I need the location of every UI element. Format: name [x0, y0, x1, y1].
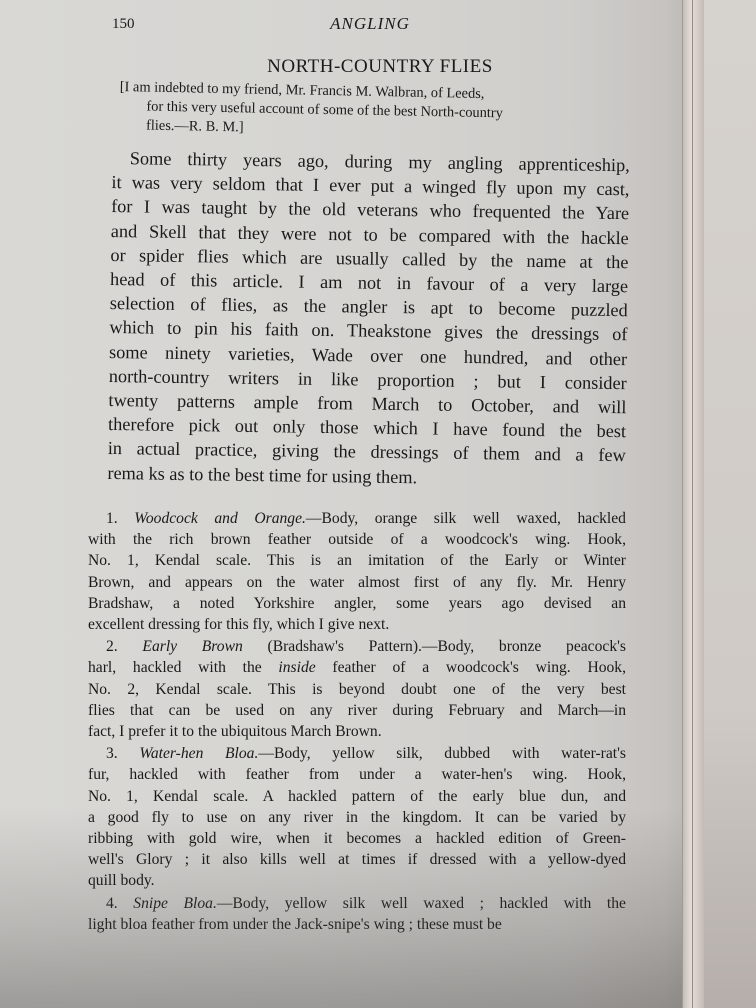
fly-entry-early-brown: 2. Early Brown (Bradshaw's Pattern).—Bod…: [88, 636, 626, 742]
fly-name: Water-hen Bloa.: [139, 745, 258, 762]
entry-number: 3.: [106, 745, 118, 762]
running-title: ANGLING: [110, 14, 630, 34]
entry-line: Brown, and appears on the water almost f…: [88, 572, 626, 593]
entry-line: with the rich brown feather outside of a…: [88, 529, 626, 550]
book-page: 150 ANGLING NORTH-COUNTRY FLIES [I am in…: [0, 0, 680, 1008]
entry-first-line: 4. Snipe Bloa.—Body, yellow silk well wa…: [88, 893, 626, 914]
entry-number: 4.: [106, 895, 118, 912]
fly-entry-snipe-bloa: 4. Snipe Bloa.—Body, yellow silk well wa…: [88, 893, 626, 935]
entry-line: light bloa feather from under the Jack-s…: [88, 914, 626, 935]
fly-entries-list: 1. Woodcock and Orange.—Body, orange sil…: [88, 508, 626, 936]
intro-paragraph: Some thirty years ago, during my angling…: [107, 146, 630, 492]
entry-text: (Bradshaw's Pattern).—Body, bronze peaco…: [243, 638, 626, 655]
entry-line: a good fly to use on any river in the ki…: [88, 807, 626, 828]
page-edge-crease: [682, 0, 705, 1008]
entry-first-line: 1. Woodcock and Orange.—Body, orange sil…: [88, 508, 626, 529]
fly-entry-woodcock-and-orange: 1. Woodcock and Orange.—Body, orange sil…: [88, 508, 626, 635]
running-head: 150 ANGLING: [110, 14, 630, 40]
entry-first-line: 3. Water-hen Bloa.—Body, yellow silk, du…: [88, 743, 626, 764]
entry-line: excellent dressing for this fly, which I…: [88, 614, 626, 635]
entry-text: harl, hackled with the: [88, 659, 278, 676]
emphasis-text: inside: [278, 659, 315, 676]
adjacent-page: [704, 0, 756, 1008]
entry-text: —Body, yellow silk well waxed ; hackled …: [217, 895, 626, 912]
fly-name: Woodcock and Orange.: [134, 510, 306, 527]
entry-line: quill body.: [88, 870, 626, 891]
fly-name: Early Brown: [142, 638, 242, 655]
entry-line: Bradshaw, a noted Yorkshire angler, some…: [88, 593, 626, 614]
entry-text: feather of a woodcock's wing. Hook,: [316, 659, 626, 676]
fly-name: Snipe Bloa.: [133, 895, 217, 912]
entry-number: 2.: [106, 638, 118, 655]
entry-line: well's Glory ; it also kills well at tim…: [88, 849, 626, 870]
chapter-title: NORTH-COUNTRY FLIES: [110, 56, 650, 78]
entry-line: fur, hackled with feather from under a w…: [88, 764, 626, 785]
entry-line: harl, hackled with the inside feather of…: [88, 657, 626, 678]
fly-entry-water-hen-bloa: 3. Water-hen Bloa.—Body, yellow silk, du…: [88, 743, 626, 891]
entry-line: flies that can be used on any river duri…: [88, 700, 626, 721]
entry-first-line: 2. Early Brown (Bradshaw's Pattern).—Bod…: [88, 636, 626, 657]
entry-line: No. 1, Kendal scale. A hackled pattern o…: [88, 786, 626, 807]
editor-note: [I am indebted to my friend, Mr. Francis…: [119, 78, 620, 145]
entry-line: No. 1, Kendal scale. This is an imitatio…: [88, 550, 626, 571]
entry-text: —Body, orange silk well waxed, hackled: [306, 510, 626, 527]
entry-line: No. 2, Kendal scale. This is beyond doub…: [88, 679, 626, 700]
entry-text: —Body, yellow silk, dubbed with water-ra…: [258, 745, 626, 762]
entry-line: ribbing with gold wire, when it becomes …: [88, 828, 626, 849]
entry-line: fact, I prefer it to the ubiquitous Marc…: [88, 721, 626, 742]
entry-number: 1.: [106, 510, 118, 527]
